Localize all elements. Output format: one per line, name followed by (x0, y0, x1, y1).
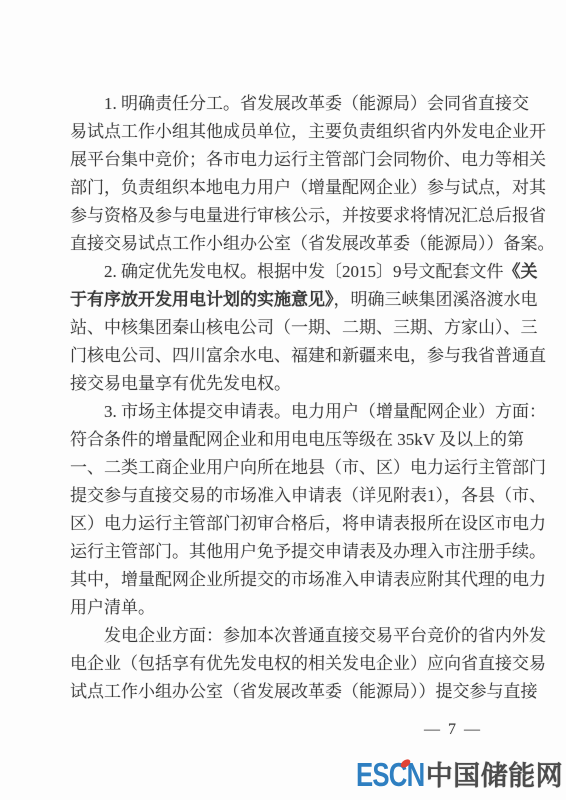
book-title-segment: 于有序放开发用电计划的实施意见》 (70, 290, 334, 309)
text-line: 易试点工作小组其他成员单位，主要负责组织省内外发电企业开 (70, 118, 512, 146)
text-segment: 其中，增量配网企业所提交的市场准入申请表应附其代理的电力 (70, 570, 546, 589)
text-segment: 部门，负责组织本地电力用户（增量配网企业）参与试点，对其 (70, 178, 546, 197)
text-segment: 提交参与直接交易的市场准入申请表（详见附表1），各县（市、 (70, 486, 546, 505)
escn-logo: ESCN 中国储能网 (356, 757, 563, 793)
text-line: 于有序放开发用电计划的实施意见》，明确三峡集团溪洛渡水电 (70, 286, 512, 314)
text-line: 一、二类工商企业用户向所在地县（市、区）电力运行主管部门 (70, 454, 512, 482)
text-line: 试点工作小组办公室（省发展改革委（能源局））提交参与直接 (70, 678, 512, 706)
text-line: 2. 确定优先发电权。根据中发〔2015〕9号文配套文件《关 (70, 258, 512, 286)
paragraph-2: 2. 确定优先发电权。根据中发〔2015〕9号文配套文件《关 于有序放开发用电计… (70, 258, 512, 398)
text-segment: 电企业（包括享有优先发电权的相关发电企业）应向省直接交易 (70, 654, 546, 673)
text-segment: 接交易电量享有优先发电权。 (70, 374, 291, 393)
document-body: 1. 明确责任分工。省发展改革委（能源局）会同省直接交 易试点工作小组其他成员单… (70, 90, 512, 706)
page-number: — 7 — (424, 719, 482, 741)
text-line: 直接交易试点工作小组办公室（省发展改革委（能源局））备案。 (70, 230, 512, 258)
text-segment: 2. 确定优先发电权。根据中发〔2015〕9号文配套文件 (104, 262, 504, 281)
text-line: 3. 市场主体提交申请表。电力用户（增量配网企业）方面： (70, 398, 512, 426)
text-segment: 运行主管部门。其他用户免予提交申请表及办理入市注册手续。 (70, 542, 546, 561)
escn-logo-text: ESCN (356, 757, 424, 793)
text-line: 部门，负责组织本地电力用户（增量配网企业）参与试点，对其 (70, 174, 512, 202)
text-segment: 发电企业方面：参加本次普通直接交易平台竞价的省内外发 (104, 626, 546, 645)
text-line: 1. 明确责任分工。省发展改革委（能源局）会同省直接交 (70, 90, 512, 118)
text-segment: 试点工作小组办公室（省发展改革委（能源局））提交参与直接 (70, 682, 538, 701)
paragraph-1: 1. 明确责任分工。省发展改革委（能源局）会同省直接交 易试点工作小组其他成员单… (70, 90, 512, 258)
text-segment: 区）电力运行主管部门初审合格后，将申请表报所在设区市电力 (70, 514, 546, 533)
text-line: 接交易电量享有优先发电权。 (70, 370, 512, 398)
text-line: 提交参与直接交易的市场准入申请表（详见附表1），各县（市、 (70, 482, 512, 510)
paragraph-4: 发电企业方面：参加本次普通直接交易平台竞价的省内外发 电企业（包括享有优先发电权… (70, 622, 512, 706)
text-line: 电企业（包括享有优先发电权的相关发电企业）应向省直接交易 (70, 650, 512, 678)
text-line: 门核电公司、四川富余水电、福建和新疆来电，参与我省普通直 (70, 342, 512, 370)
text-segment: 参与资格及参与电量进行审核公示，并按要求将情况汇总后报省 (70, 206, 546, 225)
text-segment: 站、中核集团秦山核电公司（一期、二期、三期、方家山）、三 (70, 318, 538, 337)
text-segment: 直接交易试点工作小组办公室（省发展改革委（能源局））备案。 (70, 234, 555, 253)
text-segment: 1. 明确责任分工。省发展改革委（能源局）会同省直接交 (104, 94, 529, 113)
text-line: 符合条件的增量配网企业和用电电压等级在 35kV 及以上的第 (70, 426, 512, 454)
text-line: 用户清单。 (70, 594, 512, 622)
text-segment: 门核电公司、四川富余水电、福建和新疆来电，参与我省普通直 (70, 346, 546, 365)
text-line: 运行主管部门。其他用户免予提交申请表及办理入市注册手续。 (70, 538, 512, 566)
site-name-text: 中国储能网 (426, 759, 564, 793)
text-segment: 展平台集中竞价；各市电力运行主管部门会同物价、电力等相关 (70, 150, 546, 169)
text-segment: 一、二类工商企业用户向所在地县（市、区）电力运行主管部门 (70, 458, 546, 477)
text-line: 展平台集中竞价；各市电力运行主管部门会同物价、电力等相关 (70, 146, 512, 174)
text-segment: 符合条件的增量配网企业和用电电压等级在 35kV 及以上的第 (70, 430, 524, 449)
text-line: 区）电力运行主管部门初审合格后，将申请表报所在设区市电力 (70, 510, 512, 538)
text-line: 发电企业方面：参加本次普通直接交易平台竞价的省内外发 (70, 622, 512, 650)
text-line: 参与资格及参与电量进行审核公示，并按要求将情况汇总后报省 (70, 202, 512, 230)
escn-letters: ESCN (356, 756, 424, 793)
text-segment: 用户清单。 (70, 598, 155, 617)
paragraph-3: 3. 市场主体提交申请表。电力用户（增量配网企业）方面： 符合条件的增量配网企业… (70, 398, 512, 622)
book-title-segment: 《关 (504, 262, 538, 281)
text-line: 站、中核集团秦山核电公司（一期、二期、三期、方家山）、三 (70, 314, 512, 342)
text-segment: ，明确三峡集团溪洛渡水电 (334, 290, 538, 309)
text-segment: 易试点工作小组其他成员单位，主要负责组织省内外发电企业开 (70, 122, 546, 141)
text-line: 其中，增量配网企业所提交的市场准入申请表应附其代理的电力 (70, 566, 512, 594)
text-segment: 3. 市场主体提交申请表。电力用户（增量配网企业）方面： (104, 402, 546, 421)
